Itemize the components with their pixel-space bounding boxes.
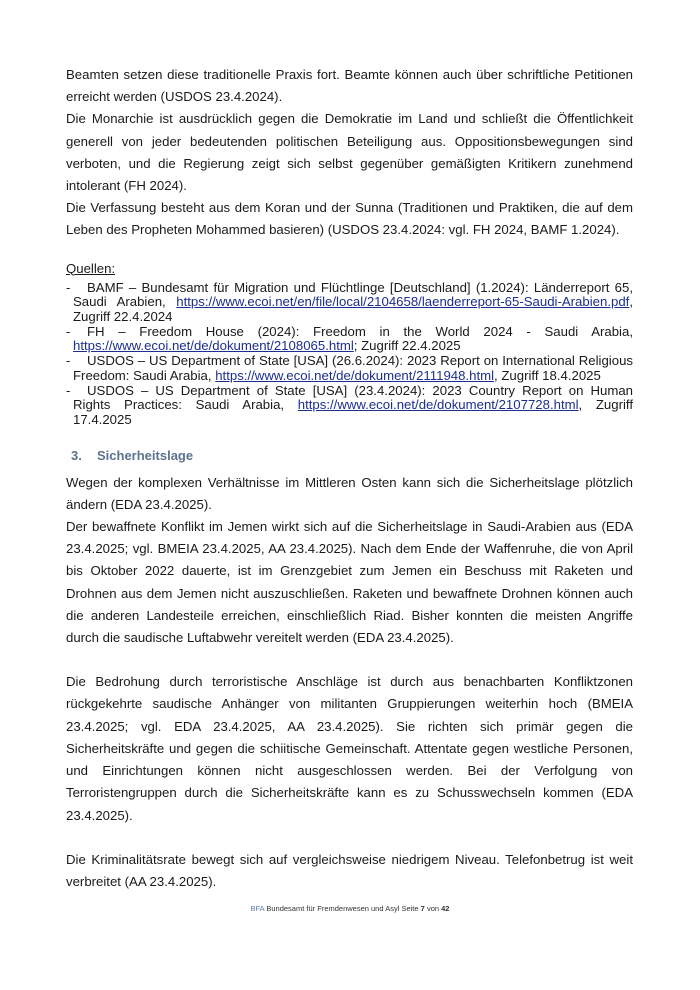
bullet-dash: - [66, 384, 70, 399]
paragraph-monarchy: Die Monarchie ist ausdrücklich gegen die… [66, 108, 633, 197]
source-link-bamf[interactable]: https://www.ecoi.net/en/file/local/21046… [176, 294, 629, 309]
paragraph-yemen-conflict: Der bewaffnete Konflikt im Jemen wirkt s… [66, 516, 633, 649]
source-link-usdos-religious[interactable]: https://www.ecoi.net/de/dokument/2111948… [215, 368, 494, 383]
bullet-dash: - [66, 354, 70, 369]
document-page: Beamten setzen diese traditionelle Praxi… [66, 64, 633, 893]
bfa-logo-text: BFA [251, 904, 265, 913]
footer-of-label: von [427, 904, 439, 913]
section-heading: 3.Sicherheitslage [71, 446, 633, 466]
bullet-dash: - [66, 325, 70, 340]
source-link-fh[interactable]: https://www.ecoi.net/de/dokument/2108065… [73, 338, 354, 353]
source-text: FH – Freedom House (2024): Freedom in th… [87, 324, 633, 339]
paragraph-constitution: Die Verfassung besteht aus dem Koran und… [66, 197, 633, 241]
sources-title: Quellen: [66, 260, 633, 278]
section-title: Sicherheitslage [97, 448, 193, 463]
paragraph-petitions: Beamten setzen diese traditionelle Praxi… [66, 64, 633, 108]
sources-list: - BAMF – Bundesamt für Migration und Flü… [66, 281, 633, 428]
source-access-date: , Zugriff 18.4.2025 [494, 368, 601, 383]
footer-page-number: 7 [421, 904, 425, 913]
source-item: - FH – Freedom House (2024): Freedom in … [66, 325, 633, 354]
footer-page-label: Seite [401, 904, 418, 913]
section-number: 3. [71, 446, 97, 466]
source-access-date: ; Zugriff 22.4.2025 [354, 338, 461, 353]
page-footer: BFA Bundesamt für Fremdenwesen und Asyl … [0, 904, 700, 913]
bullet-dash: - [66, 281, 70, 296]
source-item: - USDOS – US Department of State [USA] (… [66, 354, 633, 383]
paragraph-security-change: Wegen der komplexen Verhältnisse im Mitt… [66, 472, 633, 516]
paragraph-crime-rate: Die Kriminalitätsrate bewegt sich auf ve… [66, 849, 633, 893]
footer-org: Bundesamt für Fremdenwesen und Asyl [266, 904, 399, 913]
source-link-usdos-human-rights[interactable]: https://www.ecoi.net/de/dokument/2107728… [298, 397, 579, 412]
paragraph-terror-threat: Die Bedrohung durch terroristische Ansch… [66, 671, 633, 826]
footer-total-pages: 42 [441, 904, 449, 913]
source-item: - BAMF – Bundesamt für Migration und Flü… [66, 281, 633, 325]
source-item: - USDOS – US Department of State [USA] (… [66, 384, 633, 428]
